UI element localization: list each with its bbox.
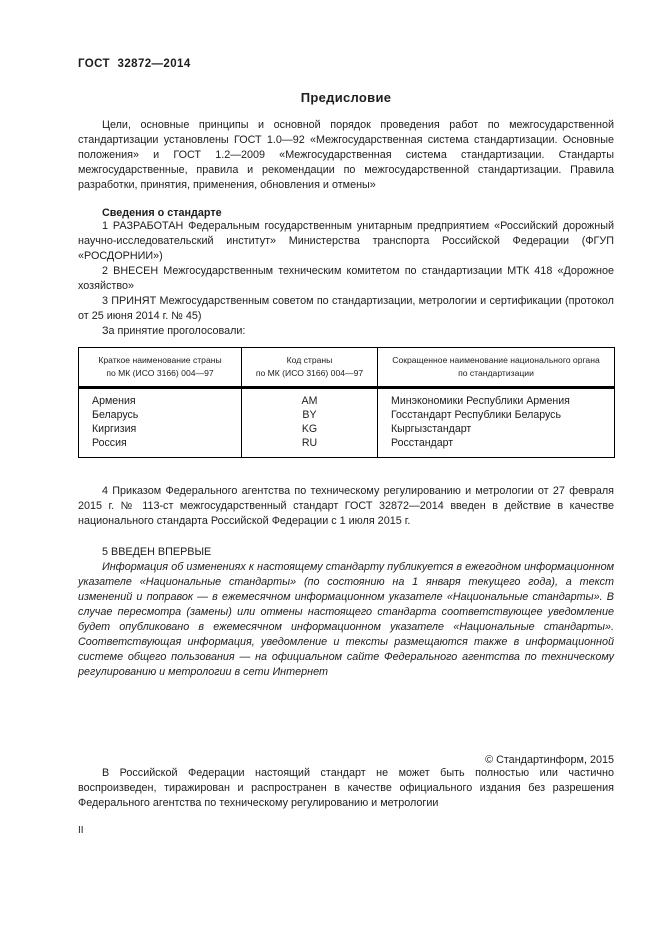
table-header-code: Код страны по МК (ИСО 3166) 004—97 [242, 348, 378, 388]
cell-country: Россия [79, 436, 242, 458]
cell-body: Госстандарт Республики Беларусь [378, 408, 615, 422]
cell-body: Минэкономики Республики Армения [378, 388, 615, 409]
intro-paragraph: Цели, основные принципы и основной поряд… [78, 118, 614, 193]
table-header-body: Сокращенное наименование национального о… [378, 348, 615, 388]
table-row: Киргизия KG Кыргызстандарт [79, 422, 615, 436]
preface-item-3: 3 ПРИНЯТ Межгосударственным советом по с… [78, 294, 614, 324]
cell-code: KG [242, 422, 378, 436]
cell-country: Армения [79, 388, 242, 409]
document-page: ГОСТ 32872—2014 Предисловие Цели, основн… [0, 0, 661, 936]
cell-country: Киргизия [79, 422, 242, 436]
voting-table: Краткое наименование страны по МК (ИСО 3… [78, 347, 615, 458]
table-row: Беларусь BY Госстандарт Республики Белар… [79, 408, 615, 422]
table-header-row: Краткое наименование страны по МК (ИСО 3… [79, 348, 615, 388]
reproduction-restriction: В Российской Федерации настоящий стандар… [78, 766, 614, 811]
cell-body: Кыргызстандарт [378, 422, 615, 436]
preface-item-4: 4 Приказом Федерального агентства по тех… [78, 484, 614, 529]
preface-item-5: 5 ВВЕДЕН ВПЕРВЫЕ [78, 545, 614, 560]
page-title: Предисловие [78, 90, 614, 105]
table-row: Армения AM Минэкономики Республики Армен… [79, 388, 615, 409]
doc-code: ГОСТ 32872—2014 [78, 58, 614, 70]
preface-item-1: 1 РАЗРАБОТАН Федеральным государственным… [78, 219, 614, 264]
cell-code: AM [242, 388, 378, 409]
cell-country: Беларусь [79, 408, 242, 422]
cell-code: BY [242, 408, 378, 422]
section-heading-standard-info: Сведения о стандарте [78, 207, 614, 219]
update-info-note: Информация об изменениях к настоящему ст… [78, 560, 614, 680]
cell-body: Росстандарт [378, 436, 615, 458]
cell-code: RU [242, 436, 378, 458]
vote-intro: За принятие проголосовали: [78, 324, 614, 339]
table-row: Россия RU Росстандарт [79, 436, 615, 458]
preface-item-2: 2 ВНЕСЕН Межгосударственным техническим … [78, 264, 614, 294]
copyright-line: © Стандартинформ, 2015 [78, 754, 614, 766]
page-number: II [78, 825, 614, 836]
table-header-country: Краткое наименование страны по МК (ИСО 3… [79, 348, 242, 388]
